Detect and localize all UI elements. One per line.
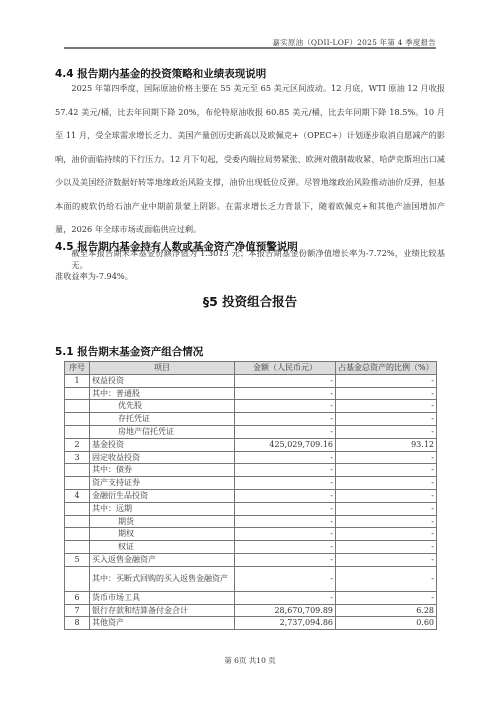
table-header-row: 序号 项目 金额（人民币元） 占基金总资产的比例（%） xyxy=(65,362,437,375)
row-amount-text: 28,670,709.89 xyxy=(274,606,333,615)
row-item: 期货 xyxy=(90,515,235,528)
table-row: 房地产信托凭证-- xyxy=(65,425,437,438)
row-number xyxy=(65,477,90,490)
row-amount: - xyxy=(235,425,336,438)
row-pct: 0.60 xyxy=(336,617,437,630)
row-amount: - xyxy=(235,515,336,528)
row-number: 1 xyxy=(65,374,90,387)
row-number: 8 xyxy=(65,617,90,630)
row-item: 货币市场工具 xyxy=(90,591,235,604)
row-item-text: 银行存款和结算备付金合计 xyxy=(92,606,188,615)
row-item-text: 权证 xyxy=(92,541,134,553)
row-number xyxy=(65,502,90,515)
row-amount: - xyxy=(235,489,336,502)
header-divider xyxy=(64,47,436,49)
row-number: 2 xyxy=(65,438,90,451)
row-pct-text: - xyxy=(431,542,434,551)
row-item: 银行存款和结算备付金合计 xyxy=(90,604,235,617)
table-row: 6货币市场工具-- xyxy=(65,591,437,604)
row-pct-text: - xyxy=(431,555,434,564)
col-header-amount: 金额（人民币元） xyxy=(235,362,336,375)
table-row: 其中：买断式回购的买入返售金融资产-- xyxy=(65,566,437,591)
table-row: 期权-- xyxy=(65,528,437,541)
row-item: 资产支持证券 xyxy=(90,477,235,490)
row-amount: 2,737,094.86 xyxy=(235,617,336,630)
row-amount-text: 2,737,094.86 xyxy=(280,618,333,627)
col-header-pct: 占基金总资产的比例（%） xyxy=(336,362,437,375)
section-5-1-heading: 5.1 报告期末基金资产组合情况 xyxy=(55,344,203,359)
asset-allocation-table: 序号 项目 金额（人民币元） 占基金总资产的比例（%） 1权益投资--其中：普通… xyxy=(64,361,437,630)
row-amount-text: 425,029,709.16 xyxy=(269,440,333,449)
section-5-title: §5 投资组合报告 xyxy=(0,292,500,310)
row-number-text: 7 xyxy=(74,606,79,615)
row-item: 基金投资 xyxy=(90,438,235,451)
row-pct: - xyxy=(336,528,437,541)
row-number xyxy=(65,425,90,438)
table-row: 7银行存款和结算备付金合计28,670,709.896.28 xyxy=(65,604,437,617)
row-amount-text: - xyxy=(330,376,333,385)
row-item-text: 其中：买断式回购的买入返售金融资产 xyxy=(92,574,228,583)
row-pct-text: - xyxy=(431,574,434,583)
row-item: 优先股 xyxy=(90,400,235,413)
row-pct-text: - xyxy=(431,593,434,602)
row-pct-text: - xyxy=(431,529,434,538)
row-amount: - xyxy=(235,591,336,604)
row-item: 权证 xyxy=(90,541,235,554)
row-item-text: 资产支持证券 xyxy=(92,478,140,487)
row-amount: - xyxy=(235,464,336,477)
row-pct: - xyxy=(336,489,437,502)
row-amount: - xyxy=(235,553,336,566)
row-number xyxy=(65,566,90,591)
row-amount-text: - xyxy=(330,453,333,462)
row-amount-text: - xyxy=(330,504,333,513)
row-number-text: 1 xyxy=(74,376,79,385)
row-amount: - xyxy=(235,541,336,554)
row-amount: - xyxy=(235,502,336,515)
row-pct-text: 0.60 xyxy=(416,618,434,627)
row-number-text: 2 xyxy=(74,440,79,449)
row-pct: - xyxy=(336,374,437,387)
table-row: 优先股-- xyxy=(65,400,437,413)
table-row: 期货-- xyxy=(65,515,437,528)
row-item-text: 权益投资 xyxy=(92,376,124,385)
table-body: 1权益投资--其中：普通股--优先股--存托凭证--房地产信托凭证--2基金投资… xyxy=(65,374,437,629)
document-page: 嘉实原油（QDII-LOF）2025 年第 4 季度报告 4.4 报告期内基金的… xyxy=(0,0,500,707)
row-amount-text: - xyxy=(330,517,333,526)
row-pct: - xyxy=(336,425,437,438)
row-item: 其中：债券 xyxy=(90,464,235,477)
row-pct: - xyxy=(336,387,437,400)
row-amount: - xyxy=(235,566,336,591)
row-number xyxy=(65,400,90,413)
warning-statement: 无。 xyxy=(55,254,445,278)
row-pct: - xyxy=(336,413,437,426)
row-pct: - xyxy=(336,566,437,591)
row-number xyxy=(65,515,90,528)
row-number xyxy=(65,464,90,477)
row-number: 6 xyxy=(65,591,90,604)
row-amount-text: - xyxy=(330,427,333,436)
row-amount-text: - xyxy=(330,542,333,551)
row-item: 其中：普通股 xyxy=(90,387,235,400)
section-4-5-heading: 4.5 报告期内基金持有人数或基金资产净值预警说明 xyxy=(55,239,298,254)
row-number xyxy=(65,541,90,554)
row-item-text: 其他资产 xyxy=(92,618,124,627)
table-row: 资产支持证券-- xyxy=(65,477,437,490)
row-pct-text: - xyxy=(431,453,434,462)
page-number: 第 6页 共10 页 xyxy=(0,655,500,666)
row-pct: - xyxy=(336,591,437,604)
row-pct-text: - xyxy=(431,504,434,513)
row-number: 4 xyxy=(65,489,90,502)
row-item: 其他资产 xyxy=(90,617,235,630)
row-amount: - xyxy=(235,413,336,426)
row-number-text: 3 xyxy=(74,453,79,462)
row-item-text: 期权 xyxy=(92,528,134,540)
row-item-text: 房地产信托凭证 xyxy=(92,426,174,438)
row-item-text: 其中：普通股 xyxy=(92,389,140,398)
row-pct-text: - xyxy=(431,389,434,398)
row-number: 3 xyxy=(65,451,90,464)
row-amount-text: - xyxy=(330,529,333,538)
row-item-text: 存托凭证 xyxy=(92,413,150,425)
row-number-text: 8 xyxy=(74,618,79,627)
row-item-text: 优先股 xyxy=(92,400,142,412)
table-row: 8其他资产2,737,094.860.60 xyxy=(65,617,437,630)
table-row: 3固定收益投资-- xyxy=(65,451,437,464)
row-item-text: 金融衍生品投资 xyxy=(92,491,148,500)
row-amount-text: - xyxy=(330,389,333,398)
row-pct-text: - xyxy=(431,478,434,487)
row-pct: 6.28 xyxy=(336,604,437,617)
row-item: 金融衍生品投资 xyxy=(90,489,235,502)
row-amount-text: - xyxy=(330,491,333,500)
table-row: 其中：债券-- xyxy=(65,464,437,477)
row-item: 存托凭证 xyxy=(90,413,235,426)
row-pct-text: - xyxy=(431,376,434,385)
row-amount: - xyxy=(235,387,336,400)
row-item: 期权 xyxy=(90,528,235,541)
row-pct-text: - xyxy=(431,401,434,410)
row-item: 固定收益投资 xyxy=(90,451,235,464)
row-amount: - xyxy=(235,477,336,490)
row-item-text: 货币市场工具 xyxy=(92,593,140,602)
row-pct: - xyxy=(336,541,437,554)
row-amount-text: - xyxy=(330,478,333,487)
row-amount: 425,029,709.16 xyxy=(235,438,336,451)
row-pct-text: 93.12 xyxy=(411,440,434,449)
table-row: 5买入返售金融资产-- xyxy=(65,553,437,566)
row-item-text: 其中：债券 xyxy=(92,465,132,474)
row-pct: 93.12 xyxy=(336,438,437,451)
table-row: 2基金投资425,029,709.1693.12 xyxy=(65,438,437,451)
row-number: 5 xyxy=(65,553,90,566)
row-pct-text: - xyxy=(431,465,434,474)
row-pct: - xyxy=(336,451,437,464)
row-amount: - xyxy=(235,374,336,387)
table-row: 1权益投资-- xyxy=(65,374,437,387)
row-pct: - xyxy=(336,477,437,490)
table-row: 其中：普通股-- xyxy=(65,387,437,400)
row-number xyxy=(65,413,90,426)
row-item-text: 基金投资 xyxy=(92,440,124,449)
row-pct: - xyxy=(336,464,437,477)
row-amount-text: - xyxy=(330,574,333,583)
row-item: 其中：买断式回购的买入返售金融资产 xyxy=(90,566,235,591)
row-item-text: 其中：远期 xyxy=(92,504,132,513)
row-pct-text: - xyxy=(431,414,434,423)
section-4-5-body: 无。 xyxy=(55,254,445,278)
strategy-paragraph: 2025 年第四季度，国际原油价格主要在 55 美元至 65 美元区间波动。12… xyxy=(55,77,445,242)
row-amount-text: - xyxy=(330,555,333,564)
row-number-text: 4 xyxy=(74,491,79,500)
row-pct: - xyxy=(336,502,437,515)
row-number-text: 6 xyxy=(74,593,79,602)
row-item: 权益投资 xyxy=(90,374,235,387)
table-row: 其中：远期-- xyxy=(65,502,437,515)
row-number: 7 xyxy=(65,604,90,617)
row-pct-text: - xyxy=(431,491,434,500)
row-item: 其中：远期 xyxy=(90,502,235,515)
table-row: 权证-- xyxy=(65,541,437,554)
row-amount-text: - xyxy=(330,465,333,474)
row-item-text: 固定收益投资 xyxy=(92,453,140,462)
col-header-no: 序号 xyxy=(65,362,90,375)
row-number xyxy=(65,387,90,400)
row-amount: - xyxy=(235,400,336,413)
row-pct-text: - xyxy=(431,427,434,436)
row-amount-text: - xyxy=(330,414,333,423)
row-amount: 28,670,709.89 xyxy=(235,604,336,617)
row-number xyxy=(65,528,90,541)
row-number-text: 5 xyxy=(74,555,79,564)
row-amount-text: - xyxy=(330,593,333,602)
row-item-text: 期货 xyxy=(92,516,134,528)
row-pct: - xyxy=(336,553,437,566)
row-pct: - xyxy=(336,400,437,413)
row-item-text: 买入返售金融资产 xyxy=(92,555,156,564)
row-amount: - xyxy=(235,451,336,464)
col-header-item: 项目 xyxy=(90,362,235,375)
row-item: 买入返售金融资产 xyxy=(90,553,235,566)
row-amount-text: - xyxy=(330,401,333,410)
row-pct: - xyxy=(336,515,437,528)
row-item: 房地产信托凭证 xyxy=(90,425,235,438)
table-row: 存托凭证-- xyxy=(65,413,437,426)
row-pct-text: 6.28 xyxy=(416,606,434,615)
table-row: 4金融衍生品投资-- xyxy=(65,489,437,502)
row-pct-text: - xyxy=(431,517,434,526)
row-amount: - xyxy=(235,528,336,541)
